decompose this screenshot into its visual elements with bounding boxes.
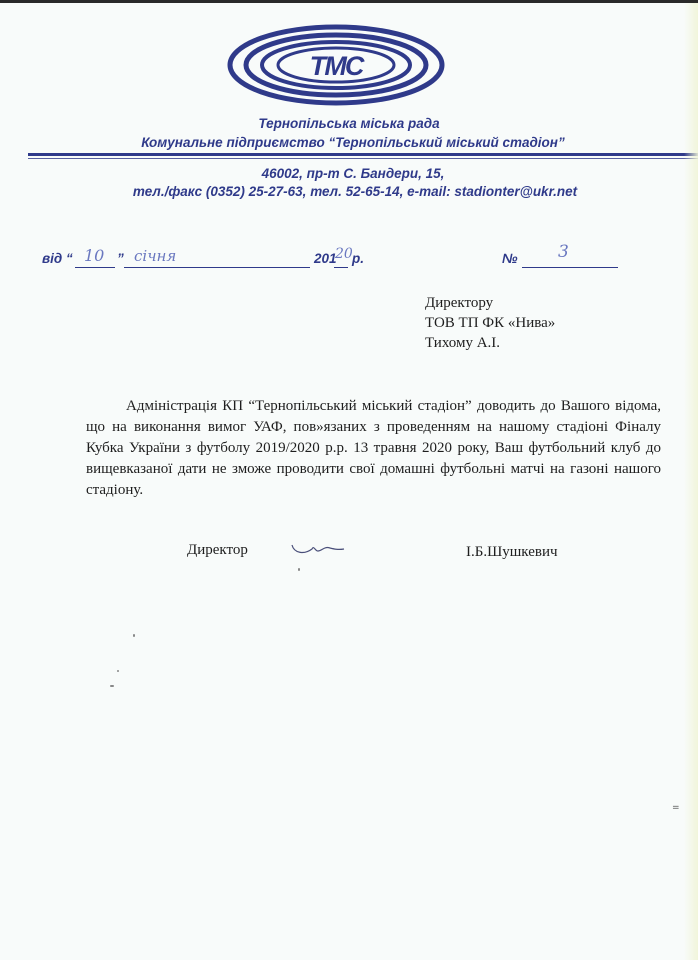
letter-number: 3 <box>558 242 569 262</box>
svg-text:ТМС: ТМС <box>310 51 365 81</box>
margin-mark: = <box>672 803 680 813</box>
council-name: Тернопільська міська рада <box>0 116 698 131</box>
year-suffix: 20 <box>335 246 353 262</box>
letter-body: Адміністрація КП “Тернопільський міський… <box>86 396 661 501</box>
paper-speck <box>110 685 114 687</box>
year-underline <box>334 267 348 268</box>
organization-address: 46002, пр-т С. Бандери, 15, <box>4 166 698 181</box>
organization-name: Комунальне підприємство “Тернопільський … <box>4 135 698 150</box>
signatory-position: Директор <box>187 542 248 559</box>
addressee-block: Директору ТОВ ТП ФК «Нива» Тихому А.І. <box>425 293 555 353</box>
date-day: 10 <box>84 246 104 265</box>
addressee-position: Директору <box>425 293 555 313</box>
number-label: № <box>502 251 517 266</box>
date-month: січня <box>134 247 176 265</box>
letter-page: ТМС Тернопільська міська рада Комунальне… <box>0 3 698 960</box>
number-underline <box>522 267 618 268</box>
organization-contacts: тел./факс (0352) 25-27-63, тел. 52-65-14… <box>6 184 698 199</box>
paper-speck <box>117 670 119 672</box>
signatory-name: І.Б.Шушкевич <box>466 544 558 561</box>
day-underline <box>75 267 115 268</box>
header-divider-thin <box>28 158 698 159</box>
date-quote-close: ” <box>117 251 124 266</box>
paper-speck <box>133 634 135 637</box>
month-underline <box>124 267 310 268</box>
year-unit: р. <box>352 251 364 266</box>
addressee-organization: ТОВ ТП ФК «Нива» <box>425 313 555 333</box>
date-prefix: від “ <box>42 251 73 266</box>
header-divider <box>28 153 698 156</box>
year-prefix: 201 <box>314 251 337 266</box>
handwritten-signature-icon <box>290 541 350 557</box>
tms-oval-logo-icon: ТМС <box>226 23 446 107</box>
paper-speck <box>298 568 300 571</box>
addressee-name: Тихому А.І. <box>425 333 555 353</box>
